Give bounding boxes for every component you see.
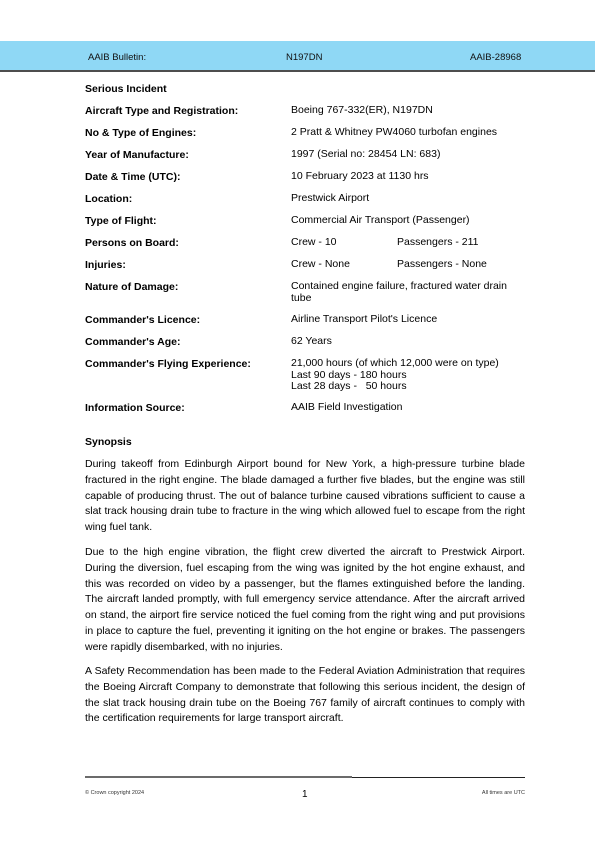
passenger-injuries: Passengers - None	[397, 259, 487, 271]
field-label: No & Type of Engines:	[85, 127, 196, 139]
field-value: 2 Pratt & Whitney PW4060 turbofan engine…	[291, 127, 526, 139]
field-value: Commercial Air Transport (Passenger)	[291, 215, 526, 227]
field-label: Date & Time (UTC):	[85, 171, 180, 183]
synopsis-heading: Synopsis	[85, 436, 132, 448]
bulletin-label: AAIB Bulletin:	[88, 52, 146, 63]
footer-divider	[352, 777, 525, 778]
field-label: Type of Flight:	[85, 215, 157, 227]
synopsis-paragraph: During takeoff from Edinburgh Airport bo…	[85, 457, 525, 536]
field-value: Airline Transport Pilot's Licence	[291, 314, 526, 326]
page-number: 1	[302, 789, 308, 800]
experience-28-days: Last 28 days - 50 hours	[291, 381, 526, 393]
incident-category: Serious Incident	[85, 83, 167, 95]
field-label: Aircraft Type and Registration:	[85, 105, 238, 117]
bulletin-header: AAIB Bulletin: N197DN AAIB-28968	[0, 41, 595, 72]
field-value: 21,000 hours (of which 12,000 were on ty…	[291, 358, 526, 393]
field-value: 1997 (Serial no: 28454 LN: 683)	[291, 149, 526, 161]
field-label: Information Source:	[85, 402, 185, 414]
field-value: 62 Years	[291, 336, 526, 348]
passenger-count: Passengers - 211	[397, 237, 479, 249]
field-label: Commander's Age:	[85, 336, 180, 348]
field-value: Prestwick Airport	[291, 193, 526, 205]
synopsis-paragraph: A Safety Recommendation has been made to…	[85, 664, 525, 727]
experience-total: 21,000 hours (of which 12,000 were on ty…	[291, 358, 526, 370]
field-label: Commander's Flying Experience:	[85, 358, 251, 370]
field-label: Injuries:	[85, 259, 126, 271]
field-value: Boeing 767-332(ER), N197DN	[291, 105, 526, 117]
field-value: AAIB Field Investigation	[291, 402, 526, 414]
crew-injuries: Crew - None	[291, 259, 350, 271]
field-label: Commander's Licence:	[85, 314, 200, 326]
field-value: Contained engine failure, fractured wate…	[291, 281, 526, 304]
field-label: Persons on Board:	[85, 237, 179, 249]
aircraft-registration: N197DN	[286, 52, 322, 63]
bulletin-reference: AAIB-28968	[470, 52, 521, 63]
time-zone-note: All times are UTC	[482, 790, 525, 796]
field-value: 10 February 2023 at 1130 hrs	[291, 171, 526, 183]
copyright-notice: © Crown copyright 2024	[85, 790, 144, 796]
field-label: Location:	[85, 193, 132, 205]
synopsis-paragraph: Due to the high engine vibration, the fl…	[85, 545, 525, 656]
footer-divider	[85, 776, 352, 778]
field-label: Year of Manufacture:	[85, 149, 189, 161]
crew-count: Crew - 10	[291, 237, 337, 249]
field-label: Nature of Damage:	[85, 281, 178, 293]
